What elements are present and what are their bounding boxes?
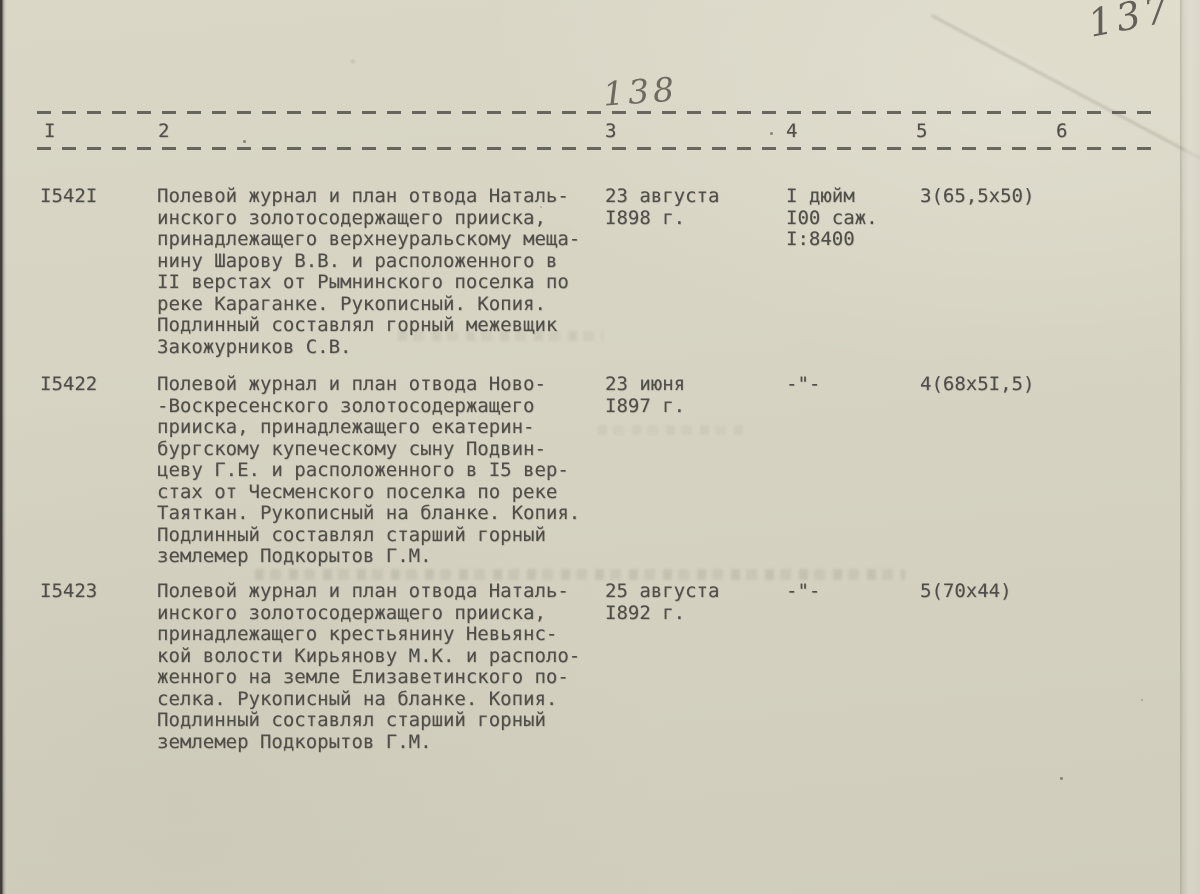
dust-speck bbox=[243, 140, 246, 143]
column-header-6: 6 bbox=[1056, 120, 1067, 142]
entry-date: 23 августа I898 г. bbox=[605, 186, 719, 229]
entry-size: 3(65,5x50) bbox=[920, 186, 1034, 208]
column-header-4: 4 bbox=[786, 120, 797, 142]
entry-number: I542I bbox=[40, 186, 97, 208]
header-dashed-rule-bottom bbox=[37, 147, 1162, 150]
underlying-page-corner bbox=[0, 0, 1200, 200]
entry-size: 5(70x44) bbox=[920, 581, 1012, 603]
entry-scale: -"- bbox=[786, 581, 820, 603]
dust-speck bbox=[1060, 777, 1063, 780]
header-dashed-rule-top bbox=[37, 111, 1162, 114]
entry-scale: I дюйм I00 саж. I:8400 bbox=[786, 186, 878, 251]
entry-number: I5422 bbox=[40, 374, 97, 396]
entry-description: Полевой журнал и план отвода Наталь- инс… bbox=[157, 581, 602, 753]
entry-date: 25 августа I892 г. bbox=[605, 581, 719, 624]
bleed-through-text bbox=[598, 425, 748, 435]
dust-speck bbox=[540, 206, 542, 208]
column-header-3: 3 bbox=[605, 120, 616, 142]
column-header-5: 5 bbox=[916, 120, 927, 142]
entry-description: Полевой журнал и план отвода Ново- -Воск… bbox=[157, 374, 602, 568]
smudge bbox=[351, 60, 355, 63]
column-header-1: I bbox=[44, 120, 55, 142]
bleed-through-text bbox=[398, 331, 603, 341]
entry-number: I5423 bbox=[40, 581, 97, 603]
entry-date: 23 июня I897 г. bbox=[605, 374, 685, 417]
handwritten-page-number-138: 138 bbox=[602, 69, 680, 113]
column-header-2: 2 bbox=[158, 120, 169, 142]
scanned-page: 137 138 I 2 3 4 5 6 I542I Полевой журнал… bbox=[0, 0, 1200, 894]
entry-size: 4(68x5I,5) bbox=[920, 374, 1034, 396]
dust-speck bbox=[1141, 699, 1143, 701]
page-right-edge bbox=[1180, 0, 1200, 894]
bleed-through-text bbox=[255, 569, 905, 580]
dust-speck bbox=[770, 132, 773, 135]
scan-left-edge bbox=[0, 0, 6, 894]
entry-scale: -"- bbox=[786, 374, 820, 396]
